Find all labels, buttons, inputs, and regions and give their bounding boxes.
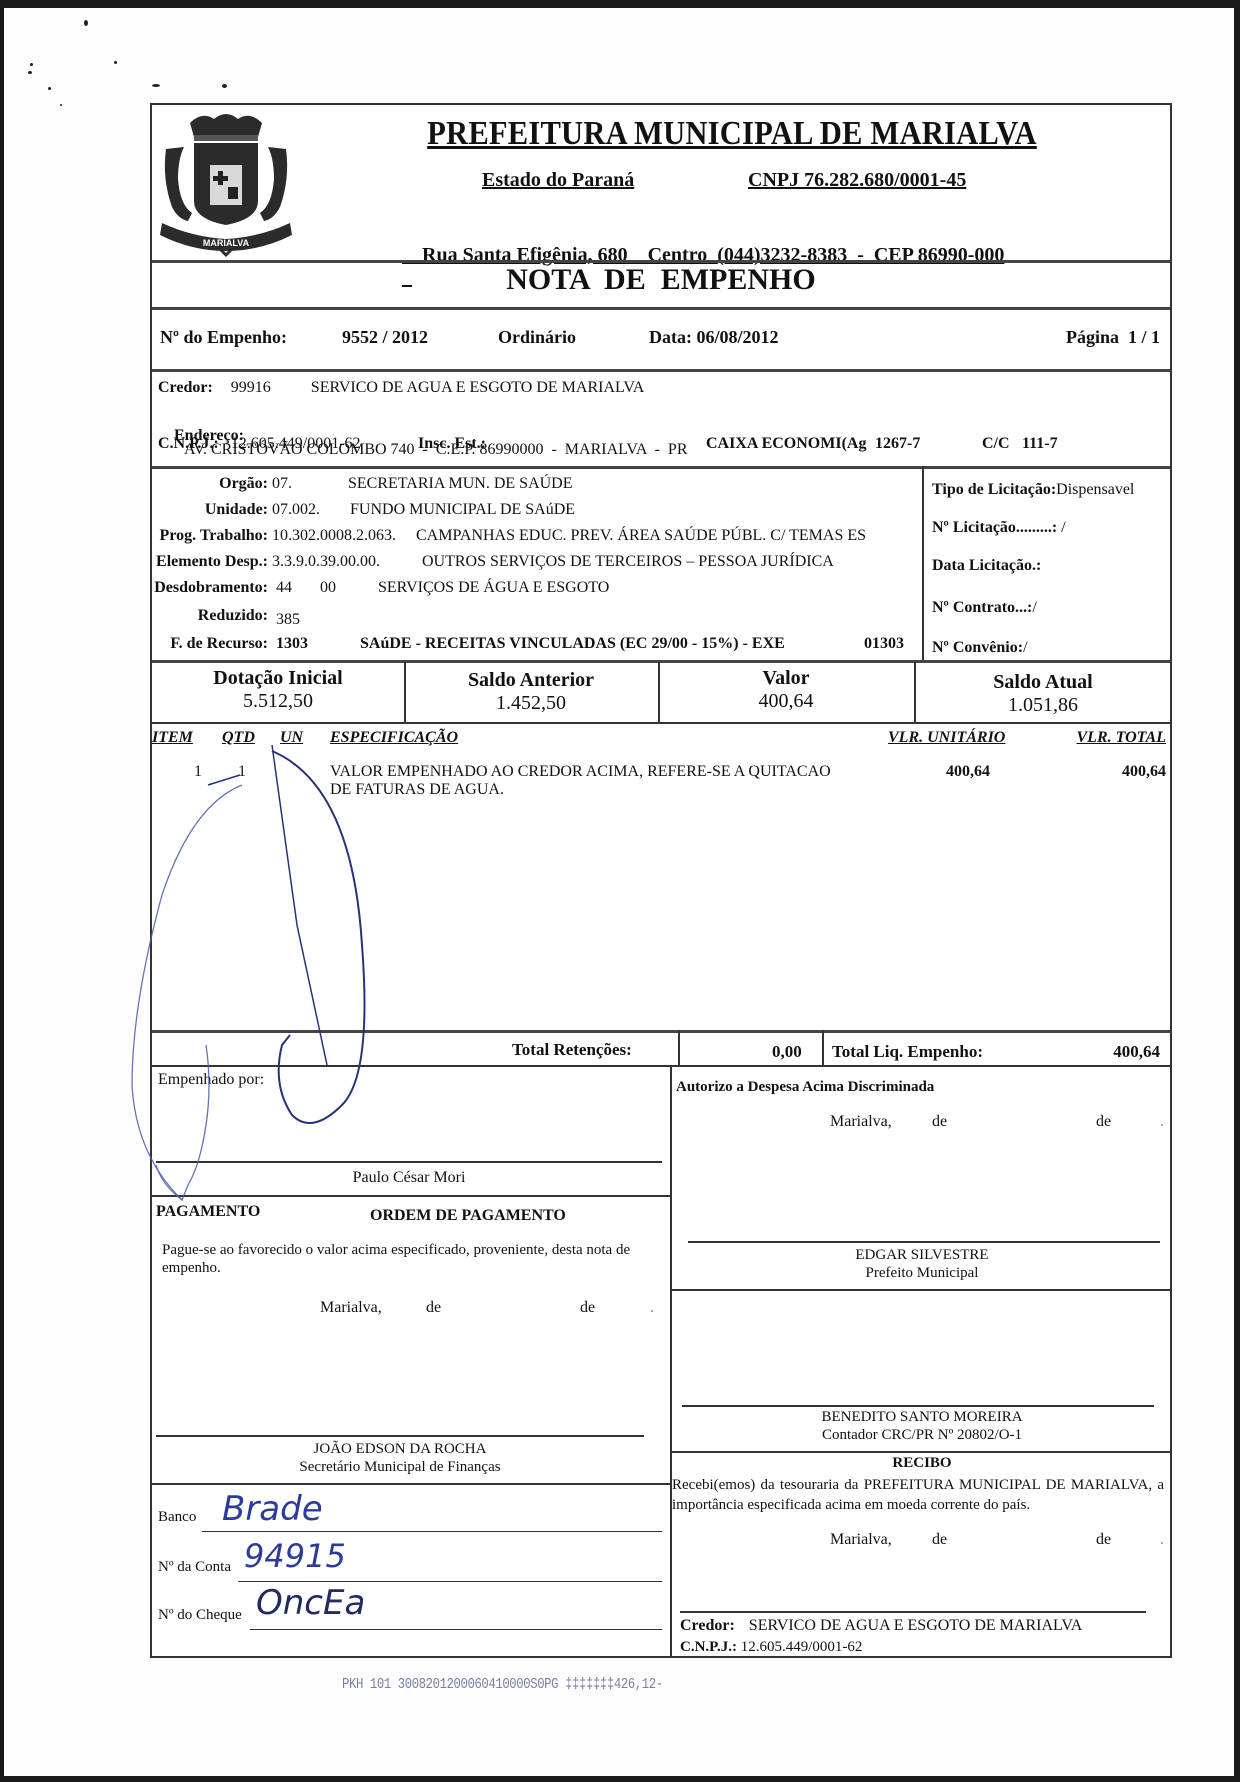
mayor-name: EDGAR SILVESTRE bbox=[672, 1247, 1172, 1264]
empenho-type: Ordinário bbox=[498, 327, 576, 348]
balance-value: 5.512,50 bbox=[152, 690, 404, 713]
divider bbox=[152, 1030, 1170, 1033]
desdob-label: Desdobramento: bbox=[152, 579, 268, 597]
balance-value: 400,64 bbox=[658, 690, 914, 713]
accountant-name: BENEDITO SANTO MOREIRA bbox=[672, 1409, 1172, 1426]
desdob-name: SERVIÇOS DE ÁGUA E ESGOTO bbox=[378, 579, 609, 597]
prog-label: Prog. Trabalho: bbox=[152, 527, 268, 545]
agency: 1267-7 bbox=[875, 435, 920, 453]
ordem-pagamento-text: Pague-se ao favorecido o valor acima esp… bbox=[162, 1241, 652, 1277]
recibo-label: RECIBO bbox=[672, 1455, 1172, 1472]
divider bbox=[152, 722, 1170, 724]
signature-line bbox=[680, 1611, 1146, 1613]
total-retencoes-value: 0,00 bbox=[772, 1042, 802, 1062]
balance-dotacao: Dotação Inicial 5.512,50 bbox=[152, 663, 404, 721]
unidade-label: Unidade: bbox=[152, 501, 268, 519]
scan-speck bbox=[84, 20, 88, 26]
date-de: de bbox=[932, 1531, 947, 1549]
date-de: de bbox=[932, 1113, 947, 1131]
signature-line bbox=[156, 1435, 644, 1437]
bank-name: CAIXA ECONOMI(Ag bbox=[706, 435, 866, 453]
recurso-label: F. de Recurso: bbox=[152, 635, 268, 653]
empenhado-por-label: Empenhado por: bbox=[158, 1071, 264, 1089]
desdob-code2: 00 bbox=[320, 579, 336, 597]
elemento-label: Elemento Desp.: bbox=[152, 553, 268, 571]
item-number: 1 bbox=[194, 763, 202, 781]
secretary-title: Secretário Municipal de Finanças bbox=[156, 1459, 644, 1476]
date-de: de bbox=[1096, 1531, 1111, 1549]
scan-speck bbox=[222, 84, 227, 88]
total-liq-label: Total Liq. Empenho: bbox=[832, 1042, 983, 1062]
divider bbox=[922, 466, 924, 660]
field-underline bbox=[202, 1531, 662, 1532]
secretary-name: JOÃO EDSON DA ROCHA bbox=[156, 1441, 644, 1458]
item-qtd: 1 bbox=[238, 763, 246, 781]
recibo-date-line: Marialva, de de . bbox=[672, 1531, 1172, 1551]
org-cnpj: CNPJ 76.282.680/0001-45 bbox=[748, 169, 966, 192]
date-dot: . bbox=[650, 1299, 654, 1317]
city: Marialva, bbox=[320, 1299, 382, 1317]
divider bbox=[670, 1451, 1170, 1453]
col-header-spec: ESPECIFICAÇÃO bbox=[330, 729, 458, 747]
signature-line bbox=[156, 1161, 662, 1163]
scan-speck bbox=[114, 61, 117, 64]
tipo-licitacao: Tipo de Licitação:Dispensavel bbox=[932, 481, 1134, 499]
conta-field[interactable]: Nº da Conta 94915 bbox=[152, 1541, 662, 1581]
date-dot: . bbox=[1160, 1531, 1164, 1549]
divider bbox=[152, 369, 1170, 372]
payment-date-line: Marialva, de de . bbox=[152, 1299, 670, 1319]
unidade-code: 07.002. bbox=[272, 501, 320, 519]
divider bbox=[152, 307, 1170, 310]
scan-speck bbox=[28, 71, 32, 74]
balance-valor: Valor 400,64 bbox=[658, 663, 914, 721]
col-header-unit-value: VLR. UNITÁRIO bbox=[888, 729, 1005, 747]
divider bbox=[152, 1065, 1170, 1067]
balance-saldo-anterior: Saldo Anterior 1.452,50 bbox=[404, 663, 658, 721]
signature-line bbox=[688, 1241, 1160, 1243]
svg-text:MARIALVA: MARIALVA bbox=[203, 238, 250, 248]
credor-label: Credor: bbox=[680, 1617, 735, 1634]
autorizo-date-line: Marialva, de de . bbox=[672, 1113, 1172, 1133]
cc-value: 111-7 bbox=[1022, 435, 1058, 453]
divider bbox=[670, 1289, 1170, 1291]
recibo-text: Recebi(emos) da tesouraria da PREFEITURA… bbox=[672, 1475, 1164, 1515]
scan-speck bbox=[152, 84, 160, 87]
balance-value: 1.452,50 bbox=[404, 692, 658, 715]
total-retencoes-label: Total Retenções: bbox=[512, 1040, 632, 1060]
unidade-name: FUNDO MUNICIPAL DE SAúDE bbox=[350, 501, 575, 519]
state-name: Estado do Paraná bbox=[482, 169, 634, 192]
col-header-total-value: VLR. TOTAL bbox=[1077, 729, 1167, 747]
balance-saldo-atual: Saldo Atual 1.051,86 bbox=[914, 663, 1172, 721]
recurso-name: SAúDE - RECEITAS VINCULADAS (EC 29/00 - … bbox=[360, 635, 785, 653]
cnpj-label: C.N.P.J.: bbox=[680, 1639, 737, 1655]
credor-code: 99916 bbox=[231, 379, 271, 396]
document-title: NOTA DE EMPENHO bbox=[152, 263, 1170, 297]
data-licitacao: Data Licitação.: bbox=[932, 557, 1041, 575]
mayor-title: Prefeito Municipal bbox=[672, 1265, 1172, 1282]
recibo-cnpj: C.N.P.J.: 12.605.449/0001-62 bbox=[680, 1639, 862, 1656]
signature-line bbox=[682, 1405, 1154, 1407]
numero-contrato: Nº Contrato...:/ bbox=[932, 599, 1037, 617]
scan-speck bbox=[48, 87, 51, 90]
cheque-handwritten: OncEa bbox=[256, 1583, 365, 1623]
total-liq-value: 400,64 bbox=[1113, 1042, 1160, 1062]
item-total-value: 400,64 bbox=[1122, 763, 1166, 781]
col-header-un: UN bbox=[280, 729, 303, 747]
table-row: 1 1 VALOR EMPENHADO AO CREDOR ACIMA, REF… bbox=[152, 763, 1170, 813]
cheque-label: Nº do Cheque bbox=[158, 1607, 242, 1624]
orgao-code: 07. bbox=[272, 475, 292, 493]
orgao-label: Orgão: bbox=[152, 475, 268, 493]
balance-label: Valor bbox=[658, 667, 914, 690]
conta-label: Nº da Conta bbox=[158, 1559, 231, 1576]
cheque-field[interactable]: Nº do Cheque OncEa bbox=[152, 1589, 662, 1629]
empenho-number-label: Nº do Empenho: bbox=[160, 327, 287, 348]
divider bbox=[152, 1483, 670, 1485]
date-de: de bbox=[580, 1299, 595, 1317]
ordem-pagamento-label: ORDEM DE PAGAMENTO bbox=[370, 1207, 566, 1225]
date-de: de bbox=[1096, 1113, 1111, 1131]
city: Marialva, bbox=[830, 1531, 892, 1549]
empenhado-por-name: Paulo César Mori bbox=[156, 1169, 662, 1187]
coat-of-arms-logo: MARIALVA bbox=[152, 109, 300, 259]
recibo-credor: Credor: SERVICO DE AGUA E ESGOTO DE MARI… bbox=[680, 1617, 1082, 1635]
elemento-name: OUTROS SERVIÇOS DE TERCEIROS – PESSOA JU… bbox=[422, 553, 834, 571]
credor-name: SERVICO DE AGUA E ESGOTO DE MARIALVA bbox=[311, 379, 645, 396]
credor-row: Credor: 99916 SERVICO DE AGUA E ESGOTO D… bbox=[158, 379, 644, 397]
banco-field[interactable]: Banco Brade bbox=[152, 1495, 662, 1535]
reduzido-label: Reduzido: bbox=[152, 607, 268, 625]
pagamento-label: PAGAMENTO bbox=[156, 1203, 260, 1221]
machine-authentication-code: PKH 101 3008201200060410000S0PG ‡‡‡‡‡‡‡4… bbox=[342, 1676, 663, 1693]
scan-speck bbox=[60, 104, 62, 106]
col-header-qtd: QTD bbox=[222, 729, 255, 747]
item-unit-value: 400,64 bbox=[946, 763, 990, 781]
reduzido-value: 385 bbox=[276, 611, 300, 629]
org-name: PREFEITURA MUNICIPAL DE MARIALVA bbox=[390, 115, 1074, 153]
balance-label: Dotação Inicial bbox=[152, 667, 404, 690]
empenho-number: 9552 / 2012 bbox=[342, 327, 428, 348]
item-spec-line2: DE FATURAS DE AGUA. bbox=[330, 781, 504, 799]
divider bbox=[678, 1031, 680, 1065]
divider bbox=[152, 466, 1170, 469]
recurso-code2: 01303 bbox=[864, 635, 904, 653]
cc-label: C/C bbox=[982, 435, 1010, 453]
date-dot: . bbox=[1160, 1113, 1164, 1131]
item-spec-line1: VALOR EMPENHADO AO CREDOR ACIMA, REFERE-… bbox=[330, 763, 831, 781]
numero-licitacao: Nº Licitação.........: / bbox=[932, 519, 1066, 537]
cnpj-row: C.N.P.J.: 12.605.449/0001-62 Insc. Est.:… bbox=[158, 435, 1158, 453]
field-underline bbox=[238, 1581, 662, 1582]
autorizo-label: Autorizo a Despesa Acima Discriminada bbox=[676, 1079, 934, 1096]
banco-handwritten: Brade bbox=[222, 1489, 323, 1529]
balance-label: Saldo Anterior bbox=[404, 669, 658, 692]
prog-name: CAMPANHAS EDUC. PREV. ÁREA SAÚDE PÚBL. C… bbox=[416, 527, 866, 545]
orgao-name: SECRETARIA MUN. DE SAÚDE bbox=[348, 475, 573, 493]
desdob-code1: 44 bbox=[276, 579, 292, 597]
conta-handwritten: 94915 bbox=[244, 1537, 346, 1575]
cnpj-value: 12.605.449/0001-62 bbox=[741, 1639, 863, 1655]
divider bbox=[152, 1195, 670, 1197]
field-underline bbox=[250, 1629, 662, 1630]
accountant-title: Contador CRC/PR Nº 20802/O-1 bbox=[672, 1427, 1172, 1444]
city: Marialva, bbox=[830, 1113, 892, 1131]
scan-speck bbox=[30, 63, 33, 66]
page-indicator: Página 1 / 1 bbox=[1066, 327, 1160, 348]
recurso-code: 1303 bbox=[276, 635, 308, 653]
credor-name: SERVICO DE AGUA E ESGOTO DE MARIALVA bbox=[749, 1617, 1083, 1634]
divider bbox=[822, 1031, 824, 1065]
col-header-item: ITEM bbox=[152, 729, 193, 747]
divider bbox=[670, 1065, 672, 1658]
insc-est-label: Insc. Est.: bbox=[418, 435, 486, 453]
balance-label: Saldo Atual bbox=[914, 671, 1172, 694]
coat-of-arms-icon: MARIALVA bbox=[152, 109, 300, 259]
banco-label: Banco bbox=[158, 1509, 196, 1526]
elemento-code: 3.3.9.0.39.00.00. bbox=[272, 553, 380, 571]
empenho-date: Data: 06/08/2012 bbox=[649, 327, 779, 348]
nota-de-empenho-form: MARIALVA PREFEITURA MUNICIPAL DE MARIALV… bbox=[150, 103, 1172, 1658]
cnpj-value: 12.605.449/0001-62 bbox=[231, 435, 361, 452]
cnpj-label: C.N.P.J.: bbox=[158, 435, 219, 452]
prog-code: 10.302.0008.2.063. bbox=[272, 527, 396, 545]
credor-label: Credor: bbox=[158, 379, 213, 396]
balance-value: 1.051,86 bbox=[914, 694, 1172, 717]
numero-convenio: Nº Convênio:/ bbox=[932, 639, 1028, 657]
date-de: de bbox=[426, 1299, 441, 1317]
